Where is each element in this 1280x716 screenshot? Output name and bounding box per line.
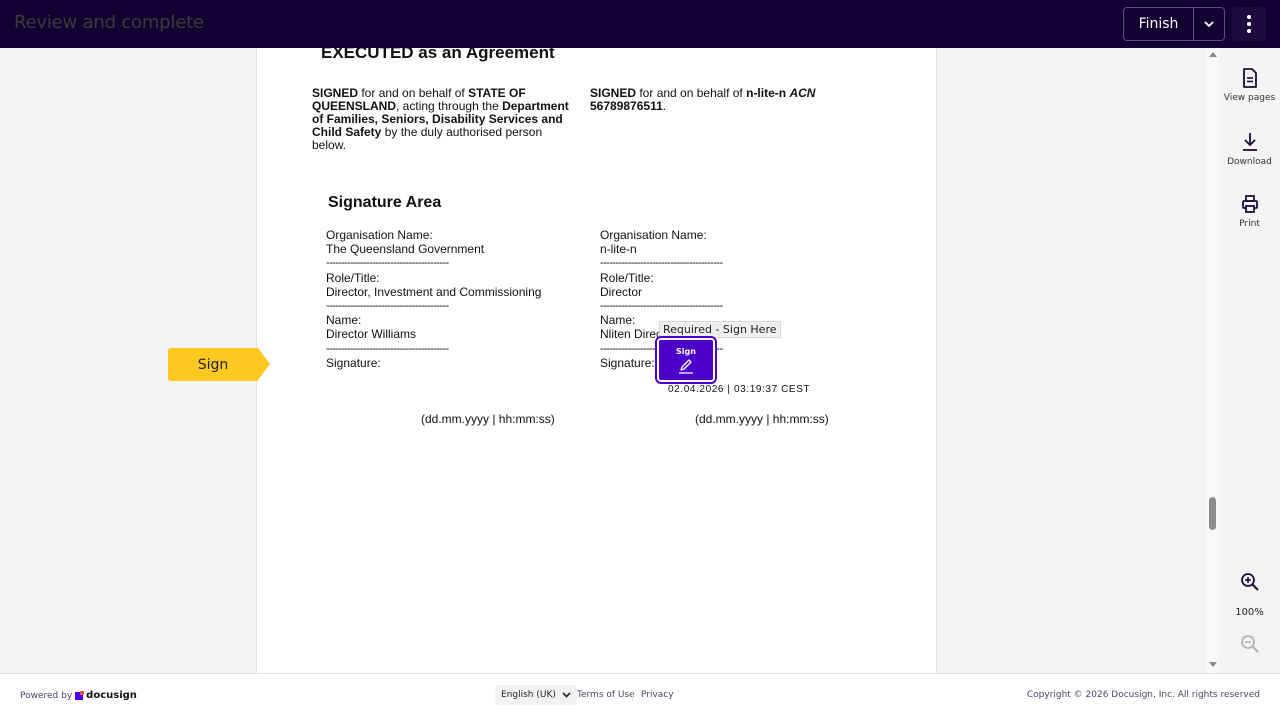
- zoom-in-button[interactable]: [1219, 572, 1280, 592]
- print-button[interactable]: Print: [1219, 194, 1280, 229]
- printer-icon: [1241, 194, 1259, 214]
- text-run: n-lite-n: [746, 86, 789, 100]
- role-label: Role/Title:: [600, 271, 753, 285]
- scroll-up-arrow-icon[interactable]: [1209, 52, 1217, 57]
- pen-icon: [677, 358, 695, 374]
- text-run: ACN: [789, 86, 815, 100]
- separator: ----------------------------------------: [326, 342, 479, 356]
- text-run: for and on behalf of: [358, 86, 468, 100]
- more-options-button[interactable]: [1232, 7, 1266, 41]
- role-value: Director: [600, 285, 753, 299]
- signature-block-left: Organisation Name: The Queensland Govern…: [326, 228, 541, 370]
- language-value: English (UK): [501, 690, 556, 700]
- sign-flag-label: Sign: [168, 348, 258, 381]
- executed-heading: EXECUTED as an Agreement: [321, 48, 555, 63]
- separator: ----------------------------------------: [600, 299, 753, 313]
- text-run: 56789876511: [590, 99, 663, 113]
- text-run: .: [663, 99, 666, 113]
- powered-by-text: Powered by: [20, 691, 72, 701]
- text-run: SIGNED: [590, 86, 636, 100]
- powered-by: Powered by docusign: [20, 690, 137, 701]
- top-header: Review and complete Finish: [0, 0, 1280, 48]
- separator: ----------------------------------------: [326, 299, 479, 313]
- zoom-level: 100%: [1219, 607, 1280, 618]
- docusign-brand: docusign: [86, 690, 137, 701]
- zoom-out-icon: [1240, 634, 1260, 654]
- kebab-dot: [1247, 29, 1251, 33]
- zoom-in-icon: [1240, 572, 1260, 592]
- kebab-dot: [1247, 22, 1251, 26]
- privacy-link[interactable]: Privacy: [641, 690, 674, 700]
- document-icon: [1242, 68, 1258, 88]
- finish-button[interactable]: Finish: [1124, 8, 1194, 40]
- scroll-down-arrow-icon[interactable]: [1209, 662, 1217, 667]
- org-value: n-lite-n: [600, 242, 753, 256]
- right-toolbar: View pages Download Print 100%: [1219, 48, 1280, 673]
- role-value: Director, Investment and Commissioning: [326, 285, 541, 299]
- view-pages-label: View pages: [1224, 93, 1275, 103]
- chevron-down-icon: [1203, 20, 1215, 28]
- scroll-thumb[interactable]: [1209, 497, 1216, 530]
- signature-area-title: Signature Area: [328, 194, 441, 212]
- text-run: for and on behalf of: [636, 86, 746, 100]
- download-label: Download: [1227, 157, 1272, 167]
- date-format-left: (dd.mm.yyyy | hh:mm:ss): [421, 412, 555, 426]
- zoom-out-button[interactable]: [1219, 634, 1280, 654]
- document-viewport: EXECUTED as an Agreement SIGNED for and …: [0, 48, 1219, 673]
- sign-here-tag[interactable]: Sign: [657, 338, 715, 382]
- separator: ----------------------------------------: [326, 256, 479, 270]
- date-format-right: (dd.mm.yyyy | hh:mm:ss): [695, 412, 829, 426]
- signed-clause-right: SIGNED for and on behalf of n-lite-n ACN…: [590, 87, 830, 113]
- download-icon: [1241, 132, 1259, 152]
- footer-divider: [632, 690, 633, 701]
- text-run: SIGNED: [312, 86, 358, 100]
- document-page: EXECUTED as an Agreement SIGNED for and …: [256, 48, 937, 673]
- page-title: Review and complete: [14, 12, 204, 33]
- kebab-dot: [1247, 15, 1251, 19]
- chevron-down-icon: [562, 692, 571, 698]
- sign-navigation-flag[interactable]: Sign: [168, 348, 270, 381]
- role-label: Role/Title:: [326, 271, 541, 285]
- copyright-text: Copyright © 2026 Docusign, Inc. All righ…: [1027, 690, 1260, 700]
- finish-options-button[interactable]: [1194, 8, 1224, 40]
- org-value: The Queensland Government: [326, 242, 541, 256]
- sign-flag-arrow: [258, 348, 270, 380]
- sign-tag-label: Sign: [676, 347, 696, 356]
- text-run: , acting through the: [396, 99, 502, 113]
- footer: Powered by docusign English (UK) Terms o…: [0, 673, 1280, 716]
- separator: ----------------------------------------: [600, 256, 753, 270]
- finish-button-group: Finish: [1123, 7, 1225, 41]
- language-selector[interactable]: English (UK): [495, 685, 577, 705]
- sign-here-tooltip: Required - Sign Here: [659, 321, 781, 338]
- name-label: Name:: [326, 313, 541, 327]
- signature-label: Signature:: [326, 356, 541, 370]
- signed-clause-left: SIGNED for and on behalf of STATE OF QUE…: [312, 87, 577, 152]
- signing-timestamp: 02.04.2026 | 03:19:37 CEST: [668, 384, 810, 395]
- terms-of-use-link[interactable]: Terms of Use: [577, 690, 635, 700]
- docusign-logo-icon: [75, 692, 83, 700]
- org-label: Organisation Name:: [600, 228, 753, 242]
- org-label: Organisation Name:: [326, 228, 541, 242]
- view-pages-button[interactable]: View pages: [1219, 68, 1280, 103]
- name-value: Director Williams: [326, 327, 541, 341]
- document-scrollbar[interactable]: [1206, 48, 1219, 673]
- download-button[interactable]: Download: [1219, 132, 1280, 167]
- print-label: Print: [1239, 219, 1260, 229]
